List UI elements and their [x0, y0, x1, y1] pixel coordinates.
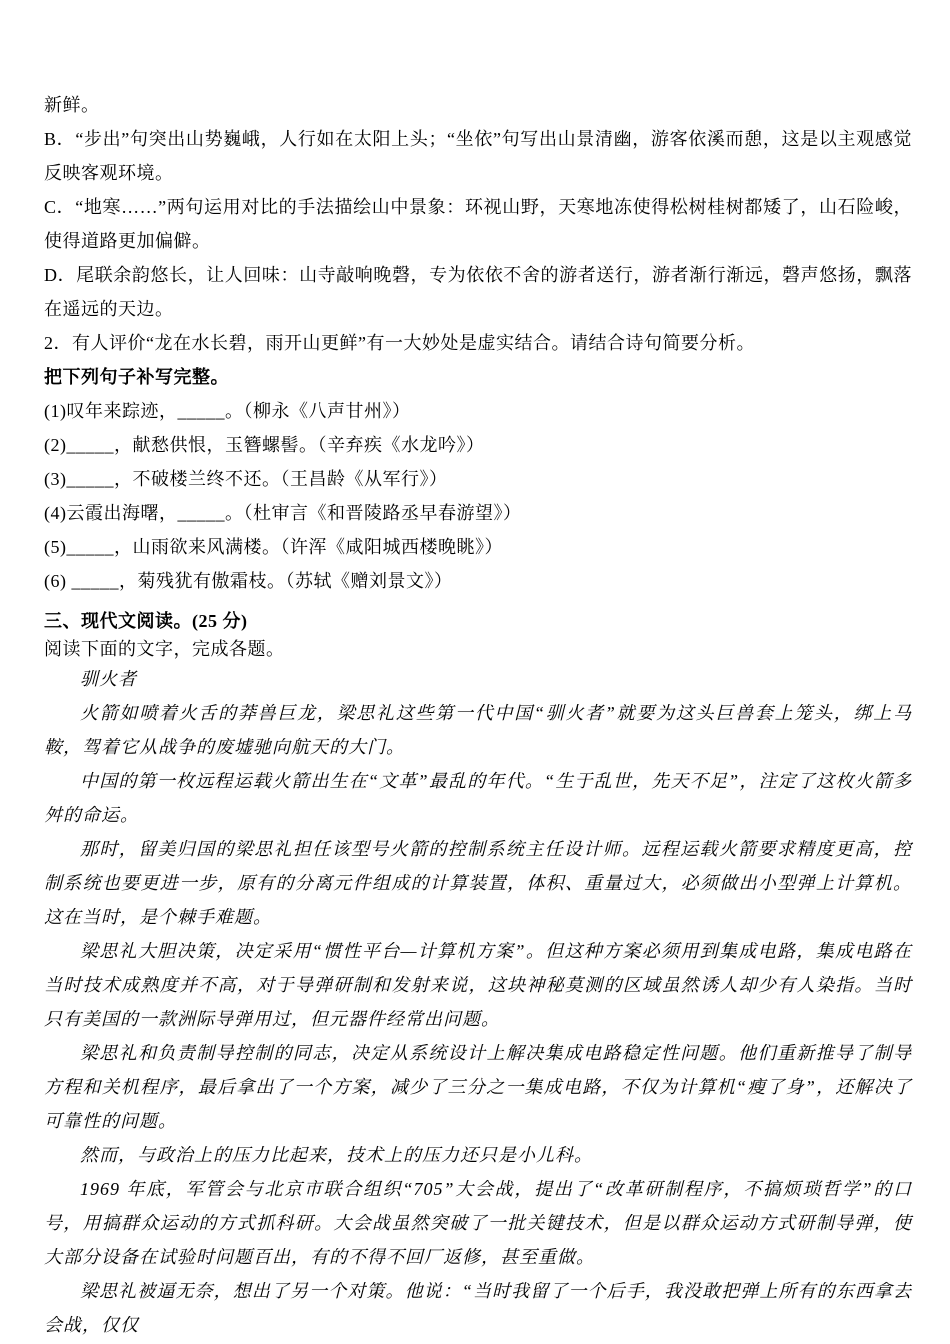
choice-option-d: D．尾联余韵悠长，让人回味：山寺敲响晚磬，专为依依不舍的游者送行，游者渐行渐远，… [44, 258, 912, 326]
passage-paragraph-5: 梁思礼和负责制导控制的同志，决定从系统设计上解决集成电路稳定性问题。他们重新推导… [44, 1036, 912, 1138]
completion-item-6: (6) _____，菊残犹有傲霜枝。（苏轼《赠刘景文》） [44, 564, 912, 598]
choice-option-b: B．“步出”句突出山势巍峨，人行如在太阳上头；“坐依”句写出山景清幽，游客依溪而… [44, 122, 912, 190]
section-three-heading: 三、现代文阅读。(25 分) [44, 606, 912, 636]
passage-paragraph-6: 然而，与政治上的压力比起来，技术上的压力还只是小儿科。 [44, 1138, 912, 1172]
completion-item-1: (1)叹年来踪迹，_____。（柳永《八声甘州》） [44, 394, 912, 428]
completion-item-3: (3)_____，不破楼兰终不还。（王昌龄《从军行》） [44, 462, 912, 496]
passage-paragraph-7: 1969 年底，军管会与北京市联合组织“705”大会战，提出了“改革研制程序，不… [44, 1172, 912, 1274]
completion-item-2: (2)_____，献愁供恨，玉簪螺髻。（辛弃疾《水龙吟》） [44, 428, 912, 462]
passage-paragraph-4: 梁思礼大胆决策，决定采用“惯性平台—计算机方案”。但这种方案必须用到集成电路，集… [44, 934, 912, 1036]
completion-heading: 把下列句子补写完整。 [44, 360, 912, 394]
reading-instruction: 阅读下面的文字，完成各题。 [44, 636, 912, 662]
option-a-continuation: 新鲜。 [44, 88, 912, 122]
passage-title: 驯火者 [44, 662, 912, 696]
completion-item-4: (4)云霞出海曙，_____。（杜审言《和晋陵路丞早春游望》） [44, 496, 912, 530]
exam-document-page: 新鲜。 B．“步出”句突出山势巍峨，人行如在太阳上头；“坐依”句写出山景清幽，游… [0, 0, 950, 1344]
choice-option-c: C．“地寒……”两句运用对比的手法描绘山中景象：环视山野，天寒地冻使得松树桂树都… [44, 190, 912, 258]
passage-paragraph-1: 火箭如喷着火舌的莽兽巨龙，梁思礼这些第一代中国“驯火者”就要为这头巨兽套上笼头，… [44, 696, 912, 764]
passage-paragraph-8: 梁思礼被逼无奈，想出了另一个对策。他说：“当时我留了一个后手，我没敢把弹上所有的… [44, 1274, 912, 1342]
completion-item-5: (5)_____，山雨欲来风满楼。（许浑《咸阳城西楼晚眺》） [44, 530, 912, 564]
question-2: 2．有人评价“龙在水长碧，雨开山更鲜”有一大妙处是虚实结合。请结合诗句简要分析。 [44, 326, 912, 360]
passage-paragraph-3: 那时，留美归国的梁思礼担任该型号火箭的控制系统主任设计师。远程运载火箭要求精度更… [44, 832, 912, 934]
passage-paragraph-2: 中国的第一枚远程运载火箭出生在“文革”最乱的年代。“生于乱世，先天不足”，注定了… [44, 764, 912, 832]
